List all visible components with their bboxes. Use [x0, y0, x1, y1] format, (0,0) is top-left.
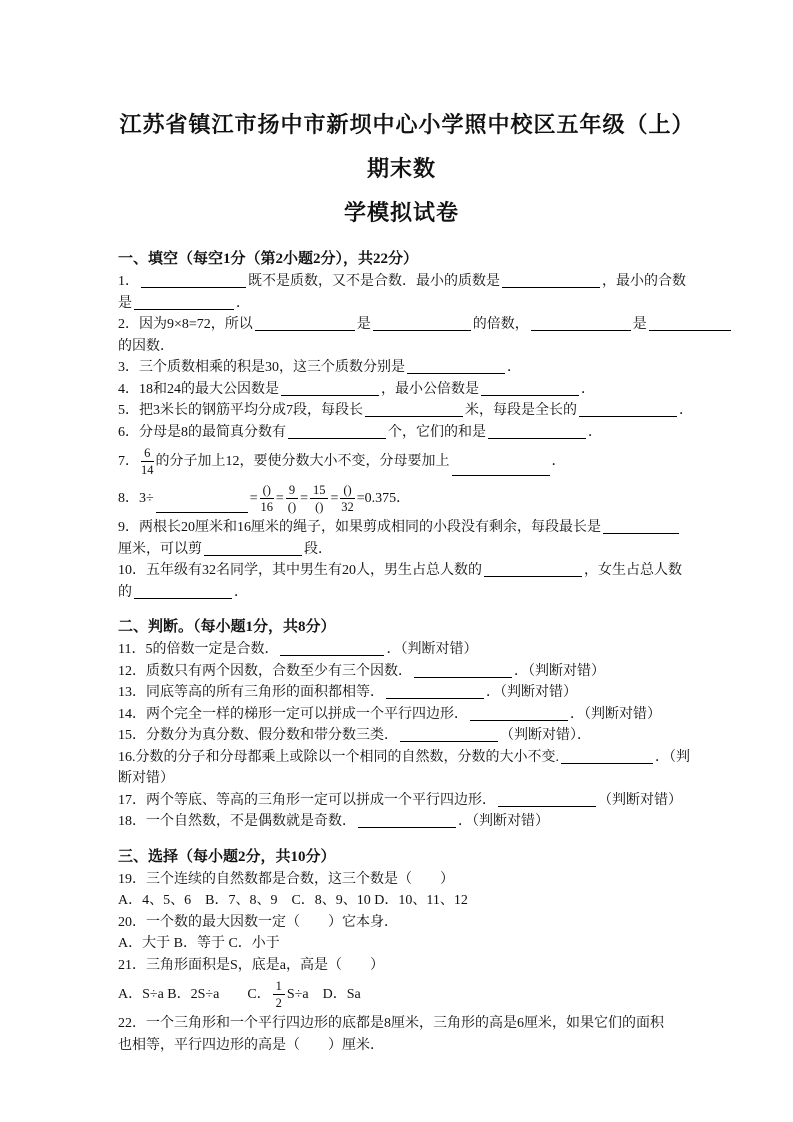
question-text: 22．一个三角形和一个平行四边形的底都是8厘米，三角形的高是6厘米，如果它们的面… [118, 1016, 664, 1031]
question-line: 14．两个完全一样的梯形一定可以拼成一个平行四边形．．（判断对错） [118, 704, 685, 726]
blank-field [502, 272, 600, 288]
fraction-denominator: 14 [141, 462, 154, 477]
exam-section: 二、判断。（每小题1分，共8分）11．5的倍数一定是合数．．（判断对错）12．质… [118, 616, 685, 833]
blank-field [255, 315, 355, 331]
question-text: 米，每段是全长的 [465, 403, 577, 418]
exam-paper-page: 江苏省镇江市扬中市新坝中心小学照中校区五年级（上）期末数 学模拟试卷 一、填空（… [0, 0, 793, 1122]
question-line: 10．五年级有32名同学，其中男生有20人，男生占总人数的，女生占总人数 [118, 560, 685, 582]
blank-field [498, 791, 596, 807]
question-line: 2．因为9×8=72，所以是的倍数，是 [118, 314, 685, 336]
question-text: = [276, 488, 284, 510]
question-text: 7． [118, 451, 139, 473]
blank-field [358, 812, 456, 828]
fraction: 12 [271, 979, 287, 1011]
question-line: A．S÷a B．2S÷a C．12S÷a D．Sa [118, 976, 685, 1013]
blank-field [288, 423, 386, 439]
question-text: 5．把3米长的钢筋平均分成7段，每段长 [118, 403, 363, 418]
question-line: 4．18和24的最大公因数是，最小公倍数是． [118, 379, 685, 401]
question-text: = [300, 488, 308, 510]
question-text: 8．3÷ [118, 488, 154, 510]
question-text: 19．三个连续的自然数都是合数，这三个数是（ ） [118, 872, 454, 887]
section-header: 二、判断。（每小题1分，共8分） [118, 616, 685, 639]
question-text: ，最小的合数 [602, 274, 686, 289]
fraction-denominator: 16 [260, 499, 274, 514]
question-line: 11．5的倍数一定是合数．．（判断对错） [118, 639, 685, 661]
fraction-numerator: 9 [286, 483, 298, 499]
question-text: 是 [118, 296, 132, 311]
question-text: 6．分母是8的最简真分数有 [118, 425, 286, 440]
question-text: （判断对错）． [500, 728, 591, 743]
question-line: 的因数． [118, 336, 685, 358]
fraction: 614 [139, 446, 156, 478]
question-text: = [250, 488, 258, 510]
question-line: 17．两个等底、等高的三角形一定可以拼成一个平行四边形．（判断对错） [118, 790, 685, 812]
question-text: 9．两根长20厘米和16厘米的绳子，如果剪成相同的小段没有剩余，每段最长是 [118, 520, 601, 535]
question-text: 2．因为9×8=72，所以 [118, 317, 253, 332]
question-text: 的 [118, 585, 132, 600]
exam-title-line1: 江苏省镇江市扬中市新坝中心小学照中校区五年级（上）期末数 [118, 103, 685, 191]
question-text: ． [236, 296, 250, 311]
question-line: 13．同底等高的所有三角形的面积都相等．．（判断对错） [118, 682, 685, 704]
question-text: ． [581, 382, 595, 397]
blank-field [141, 272, 246, 288]
question-text: 11．5的倍数一定是合数． [118, 642, 278, 657]
fraction-numerator: () [340, 483, 354, 499]
question-line: A．大于 B．等于 C．小于 [118, 933, 685, 955]
question-text: = [330, 488, 338, 510]
blank-field [603, 518, 679, 534]
question-text: 18．一个自然数，不是偶数就是奇数． [118, 814, 356, 829]
question-line: 是． [118, 293, 685, 315]
question-line: 18．一个自然数，不是偶数就是奇数．．（判断对错） [118, 811, 685, 833]
fraction-denominator: 32 [340, 499, 354, 514]
question-text: 厘米，可以剪 [118, 542, 202, 557]
question-text: 4．18和24的最大公因数是 [118, 382, 279, 397]
question-text: A．S÷a B．2S÷a C． [118, 984, 271, 1006]
fraction: ()16 [258, 483, 276, 515]
question-text: ，最小公倍数是 [381, 382, 479, 397]
question-text: 10．五年级有32名同学，其中男生有20人，男生占总人数的 [118, 563, 482, 578]
question-text: ．（判断对错） [514, 664, 605, 679]
blank-field [386, 683, 484, 699]
question-text: 20．一个数的最大因数一定（ ）它本身． [118, 915, 398, 930]
question-line: 7．614的分子加上12，要使分数大小不变，分母要加上． [118, 443, 685, 480]
fraction-numerator: 6 [141, 446, 154, 462]
question-text: ．（判断对错） [458, 814, 549, 829]
question-text: 13．同底等高的所有三角形的面积都相等． [118, 685, 384, 700]
exam-section: 一、填空（每空1分（第2小题2分），共22分）1．既不是质数，又不是合数．最小的… [118, 248, 685, 603]
question-line: 1．既不是质数，又不是合数．最小的质数是，最小的合数 [118, 271, 685, 293]
question-line: 厘米，可以剪段． [118, 539, 685, 561]
question-text: 1． [118, 274, 139, 289]
question-text: ． [507, 360, 521, 375]
question-text: 21．三角形面积是S，底是a，高是（ ） [118, 958, 384, 973]
fraction-denominator: 2 [273, 995, 285, 1010]
question-text: 既不是质数，又不是合数．最小的质数是 [248, 274, 500, 289]
question-text: ．（判断对错） [486, 685, 577, 700]
question-text: ． [679, 403, 693, 418]
question-line: 15．分数分为真分数、假分数和带分数三类．（判断对错）． [118, 725, 685, 747]
blank-field [204, 540, 302, 556]
blank-field [156, 497, 248, 513]
blank-field [365, 401, 463, 417]
exam-title-line2: 学模拟试卷 [118, 191, 685, 235]
question-line: 的． [118, 582, 685, 604]
question-text: （判断对错） [598, 793, 682, 808]
question-line: 16.分数的分子和分母都乘上或除以一个相同的自然数，分数的大小不变.．（判 [118, 747, 685, 769]
section-header: 一、填空（每空1分（第2小题2分），共22分） [118, 248, 685, 271]
question-text: 15．分数分为真分数、假分数和带分数三类． [118, 728, 398, 743]
question-text: ．（判断对错） [570, 707, 661, 722]
question-line: 也相等，平行四边形的高是（ ）厘米． [118, 1035, 685, 1057]
fraction: 15() [308, 483, 331, 515]
question-line: 6．分母是8的最简真分数有个，它们的和是． [118, 422, 685, 444]
question-text: 的因数． [118, 339, 174, 354]
question-line: 19．三个连续的自然数都是合数，这三个数是（ ） [118, 869, 685, 891]
fraction: 9() [284, 483, 300, 515]
question-line: 3．三个质数相乘的积是30，这三个质数分别是． [118, 357, 685, 379]
question-text: 是 [357, 317, 371, 332]
question-text: 12．质数只有两个因数，合数至少有三个因数． [118, 664, 412, 679]
fraction-numerator: () [260, 483, 274, 499]
blank-field [280, 640, 384, 656]
question-line: 12．质数只有两个因数，合数至少有三个因数．．（判断对错） [118, 661, 685, 683]
question-text: 断对错） [118, 771, 174, 786]
blank-field [579, 401, 677, 417]
page-content: 江苏省镇江市扬中市新坝中心小学照中校区五年级（上）期末数 学模拟试卷 一、填空（… [0, 0, 793, 1056]
question-text: 14．两个完全一样的梯形一定可以拼成一个平行四边形． [118, 707, 468, 722]
question-text: A．大于 B．等于 C．小于 [118, 936, 280, 951]
question-text: 段． [304, 542, 332, 557]
blank-field [407, 358, 505, 374]
question-text: 的倍数， [473, 317, 529, 332]
blank-field [281, 380, 379, 396]
blank-field [400, 726, 498, 742]
blank-field [484, 561, 582, 577]
question-text: 3．三个质数相乘的积是30，这三个质数分别是 [118, 360, 405, 375]
question-line: 断对错） [118, 768, 685, 790]
question-text: 是 [633, 317, 647, 332]
blank-field [649, 315, 731, 331]
section-header: 三、选择（每小题2分，共10分） [118, 846, 685, 869]
blank-field [561, 748, 653, 764]
question-text: ．（判 [655, 750, 690, 765]
question-line: 21．三角形面积是S，底是a，高是（ ） [118, 955, 685, 977]
blank-field [452, 460, 550, 476]
fraction-denominator: () [310, 499, 329, 514]
question-text: 个，它们的和是 [388, 425, 486, 440]
blank-field [470, 705, 568, 721]
blank-field [488, 423, 586, 439]
question-text: ，女生占总人数 [584, 563, 682, 578]
question-text: A．4、5、6 B．7、8、9 C．8、9、10 D．10、11、12 [118, 893, 468, 908]
fraction-denominator: () [286, 499, 298, 514]
blank-field [134, 294, 234, 310]
question-text: 16.分数的分子和分母都乘上或除以一个相同的自然数，分数的大小不变. [118, 750, 559, 765]
question-text: ． [234, 585, 248, 600]
blank-field [414, 662, 512, 678]
question-text: 的分子加上12，要使分数大小不变，分母要加上 [156, 451, 450, 473]
question-line: 22．一个三角形和一个平行四边形的底都是8厘米，三角形的高是6厘米，如果它们的面… [118, 1013, 685, 1035]
exam-body: 一、填空（每空1分（第2小题2分），共22分）1．既不是质数，又不是合数．最小的… [118, 248, 685, 1056]
fraction: ()32 [338, 483, 356, 515]
question-text: 17．两个等底、等高的三角形一定可以拼成一个平行四边形． [118, 793, 496, 808]
exam-title: 江苏省镇江市扬中市新坝中心小学照中校区五年级（上）期末数 学模拟试卷 [118, 103, 685, 235]
exam-section: 三、选择（每小题2分，共10分）19．三个连续的自然数都是合数，这三个数是（ ）… [118, 846, 685, 1057]
blank-field [481, 380, 579, 396]
fraction-numerator: 1 [273, 979, 285, 995]
question-text: ．（判断对错） [386, 642, 477, 657]
question-text: ． [552, 451, 566, 473]
question-text: S÷a D．Sa [287, 984, 361, 1006]
question-line: 8．3÷=()16=9()=15()=()32=0.375． [118, 480, 685, 517]
question-text: ． [588, 425, 602, 440]
question-line: 5．把3米长的钢筋平均分成7段，每段长米，每段是全长的． [118, 400, 685, 422]
question-text: 也相等，平行四边形的高是（ ）厘米． [118, 1038, 384, 1053]
question-line: 20．一个数的最大因数一定（ ）它本身． [118, 912, 685, 934]
fraction-numerator: 15 [310, 483, 329, 499]
blank-field [531, 315, 631, 331]
question-line: A．4、5、6 B．7、8、9 C．8、9、10 D．10、11、12 [118, 890, 685, 912]
question-text: =0.375． [357, 488, 410, 510]
blank-field [373, 315, 471, 331]
question-line: 9．两根长20厘米和16厘米的绳子，如果剪成相同的小段没有剩余，每段最长是 [118, 517, 685, 539]
blank-field [134, 583, 232, 599]
